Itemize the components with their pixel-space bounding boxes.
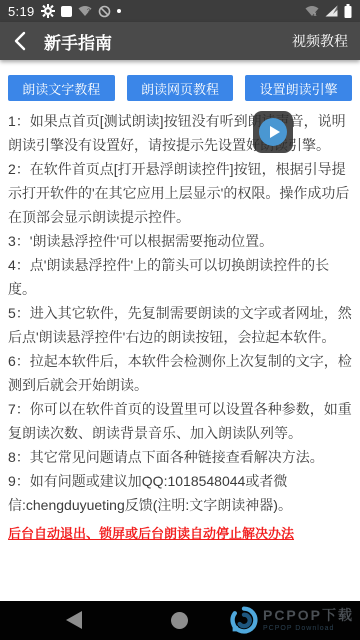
android-nav-bar: PCPOP下载 PCPOP Download: [0, 601, 360, 640]
signal-icon: [325, 5, 338, 17]
pcpop-logo-icon: [230, 606, 258, 634]
guide-item-9: 9：如有问题或建议加QQ:1018548044或者微信:chengduyueti…: [8, 469, 352, 517]
screen: 5:19 ?: [0, 0, 360, 640]
guide-item-5: 5：进入其它软件，先复制需要朗读的文字或者网址，然后点'朗读悬浮控件'右边的朗读…: [8, 301, 352, 349]
app-notification-icon: [61, 6, 72, 17]
wifi-x-icon: x: [305, 5, 319, 17]
status-bar: 5:19 ?: [0, 0, 360, 22]
read-text-tutorial-button[interactable]: 朗读文字教程: [8, 75, 115, 101]
svg-text:x: x: [314, 12, 317, 17]
read-webpage-tutorial-button[interactable]: 朗读网页教程: [127, 75, 234, 101]
guide-item-4: 4：点'朗读悬浮控件'上的箭头可以切换朗读控件的长度。: [8, 253, 352, 301]
guide-item-8: 8：其它常见问题请点下面各种链接查看解决方法。: [8, 445, 352, 469]
nav-back-icon[interactable]: [66, 611, 82, 629]
app-bar: 新手指南 视频教程: [0, 22, 360, 60]
set-tts-engine-button[interactable]: 设置朗读引擎: [245, 75, 352, 101]
svg-text:?: ?: [87, 9, 91, 15]
page-title: 新手指南: [44, 29, 112, 54]
guide-item-2: 2：在软件首页点[打开悬浮朗读控件]按钮，根据引导提示打开软件的'在其它应用上层…: [8, 157, 352, 229]
guide-text: 1：如果点首页[测试朗读]按钮没有听到朗读声音，说明朗读引擎没有设置好，请按提示…: [8, 109, 352, 517]
guide-item-6: 6：拉起本软件后，本软件会检测你上次复制的文字，检测到后就会开始朗读。: [8, 349, 352, 397]
guide-item-1: 1：如果点首页[测试朗读]按钮没有听到朗读声音，说明朗读引擎没有设置好，请按提示…: [8, 109, 352, 157]
video-play-button[interactable]: [253, 111, 293, 153]
content: 朗读文字教程 朗读网页教程 设置朗读引擎 1：如果点首页[测试朗读]按钮没有听到…: [0, 60, 360, 544]
back-button[interactable]: [12, 31, 28, 51]
nav-home-icon[interactable]: [171, 612, 188, 629]
pcpop-watermark: PCPOP下载 PCPOP Download: [230, 606, 354, 634]
video-tutorial-button[interactable]: 视频教程: [292, 31, 348, 51]
gear-icon: [41, 4, 55, 18]
background-stop-solution-link[interactable]: 后台自动退出、锁屏或后台朗读自动停止解决办法: [8, 524, 294, 544]
wifi-question-icon: ?: [78, 5, 92, 17]
clock: 5:19: [8, 4, 35, 19]
watermark-subtitle: PCPOP Download: [263, 625, 354, 632]
guide-item-3: 3：'朗读悬浮控件'可以根据需要拖动位置。: [8, 229, 352, 253]
data-saver-icon: [98, 5, 111, 18]
play-icon: [259, 118, 287, 146]
watermark-title: PCPOP下载: [263, 608, 354, 622]
notification-dot: [117, 9, 121, 13]
battery-icon: [344, 4, 352, 18]
tutorial-button-row: 朗读文字教程 朗读网页教程 设置朗读引擎: [8, 75, 352, 101]
back-chevron-icon: [12, 31, 28, 51]
guide-item-7: 7：你可以在软件首页的设置里可以设置各种参数，如重复朗读次数、朗读背景音乐、加入…: [8, 397, 352, 445]
